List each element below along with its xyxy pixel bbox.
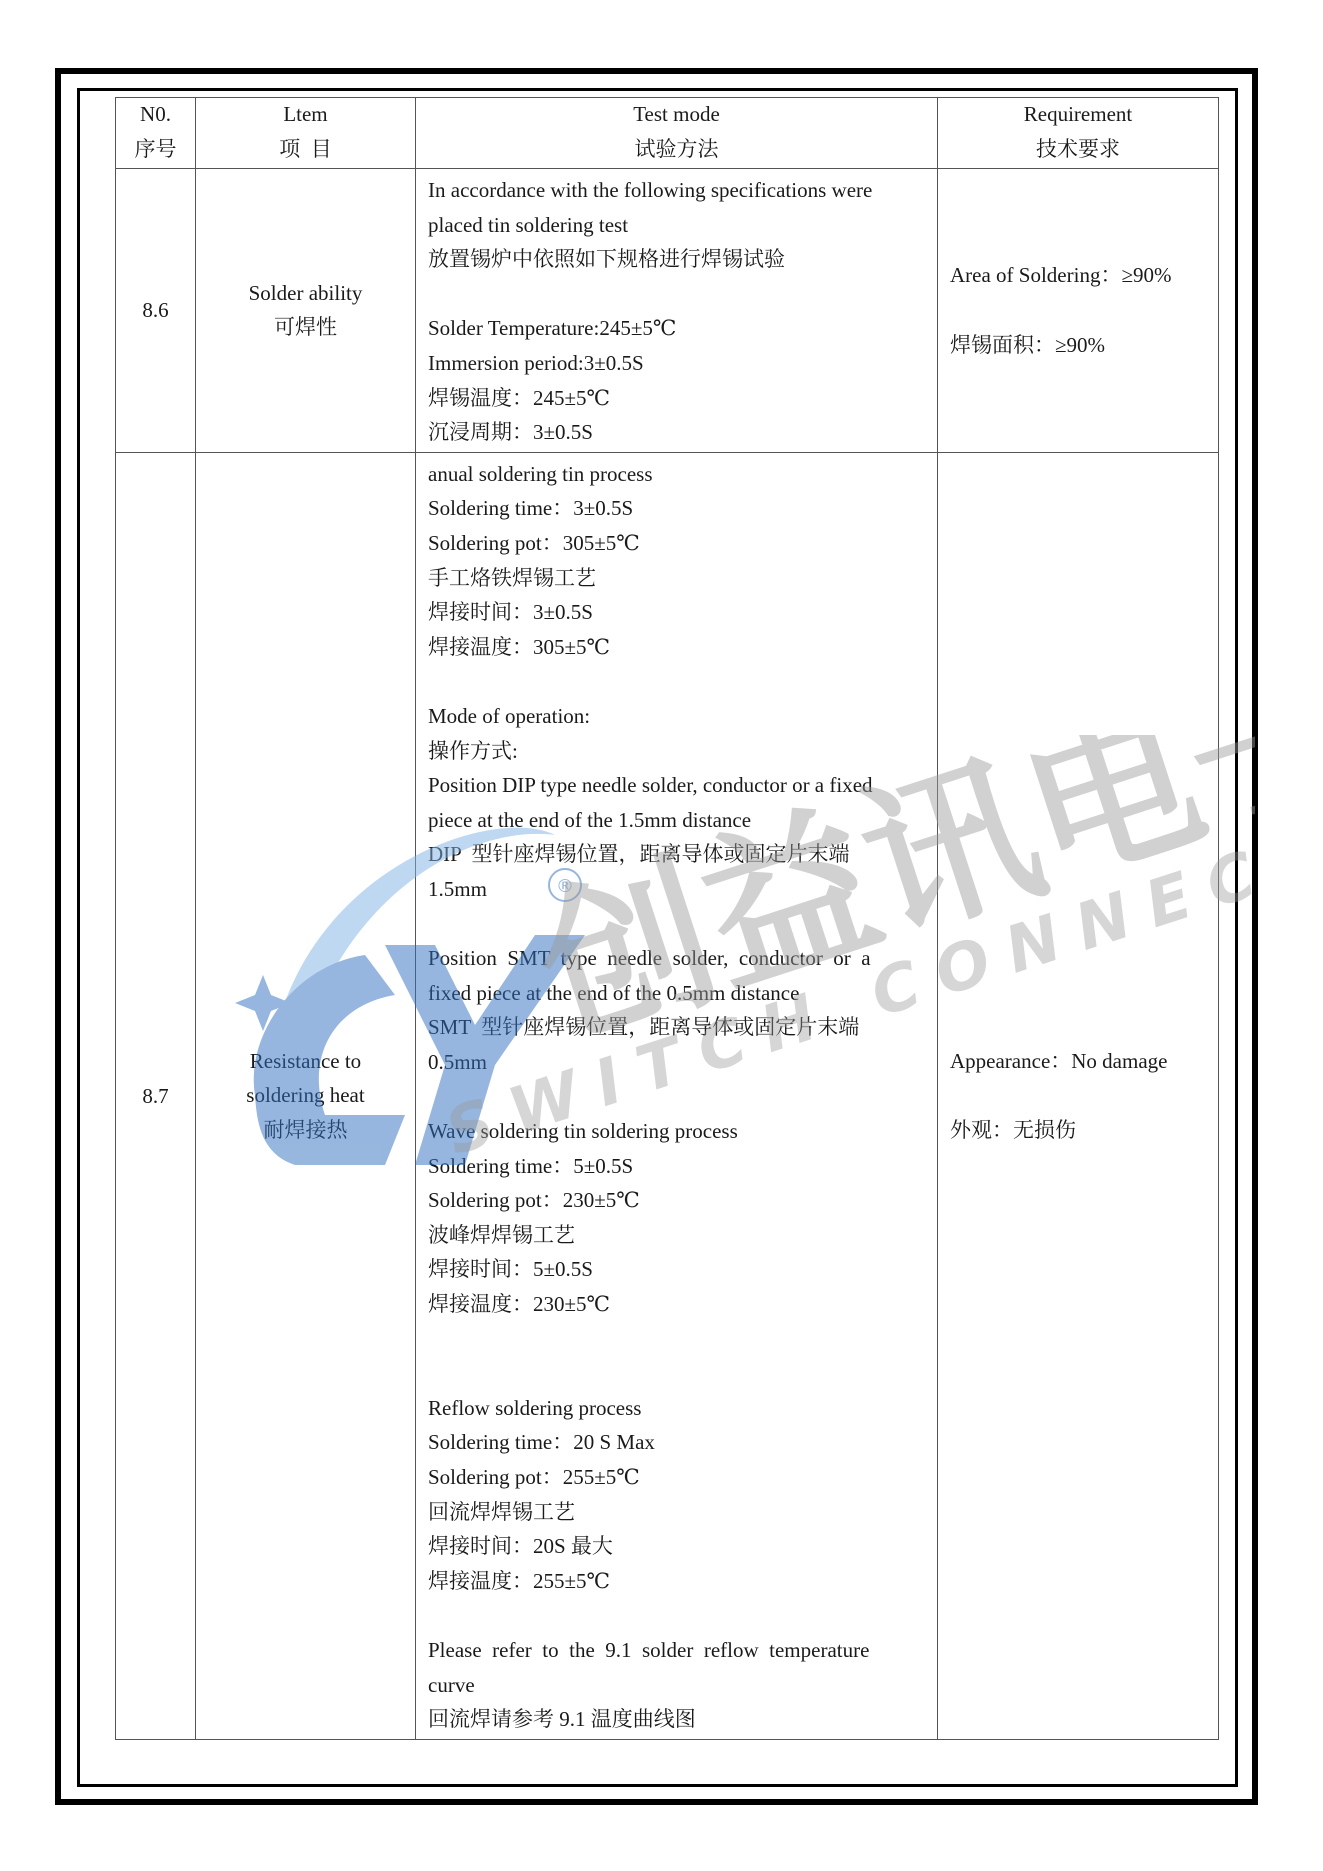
text-line: Soldering time：20 S Max xyxy=(428,1425,925,1460)
text-line: Soldering pot：255±5℃ xyxy=(428,1460,925,1495)
table-header-row: N0.序号 Ltem项 目 Test mode试验方法 Requirement技… xyxy=(116,98,1219,169)
text-line: 焊接时间：3±0.5S xyxy=(428,595,925,630)
header-test-mode: Test mode试验方法 xyxy=(416,98,938,169)
blank-line xyxy=(428,1356,925,1391)
blank-line xyxy=(428,1598,925,1633)
header-requirement: Requirement技术要求 xyxy=(938,98,1219,169)
text-line: 焊接温度：230±5℃ xyxy=(428,1287,925,1322)
text-line: 焊锡面积：≥90% xyxy=(950,328,1206,363)
text-line: Immersion period:3±0.5S xyxy=(428,346,925,381)
text-line: 操作方式: xyxy=(428,734,925,769)
text-line: Soldering pot：305±5℃ xyxy=(428,526,925,561)
text-line: In accordance with the following specifi… xyxy=(428,173,925,208)
header-item: Ltem项 目 xyxy=(196,98,416,169)
item-name-en-2: soldering heat xyxy=(196,1078,415,1113)
text-line: DIP 型针座焊锡位置，距离导体或固定片末端 xyxy=(428,837,925,872)
blank-line xyxy=(428,664,925,699)
text-line: 手工烙铁焊锡工艺 xyxy=(428,561,925,596)
text-line: Soldering time：3±0.5S xyxy=(428,491,925,526)
item-name-zh: 可焊性 xyxy=(196,310,415,345)
row-number: 8.7 xyxy=(116,452,196,1739)
blank-line xyxy=(950,293,1206,328)
text-line: anual soldering tin process xyxy=(428,457,925,492)
text-line: fixed piece at the end of the 0.5mm dist… xyxy=(428,976,925,1011)
test-spec-table: N0.序号 Ltem项 目 Test mode试验方法 Requirement技… xyxy=(115,97,1219,1740)
header-no: N0.序号 xyxy=(116,98,196,169)
blank-line xyxy=(428,277,925,312)
text-line: 0.5mm xyxy=(428,1045,925,1080)
row-number: 8.6 xyxy=(116,169,196,453)
test-mode-cell: anual soldering tin processSoldering tim… xyxy=(416,452,938,1739)
requirement-cell: Area of Soldering：≥90%焊锡面积：≥90% xyxy=(938,169,1219,453)
blank-line xyxy=(428,1322,925,1357)
item-name-en: Solder ability xyxy=(196,276,415,311)
text-line: 焊接温度：255±5℃ xyxy=(428,1564,925,1599)
text-line: 回流焊焊锡工艺 xyxy=(428,1495,925,1530)
text-line: placed tin soldering test xyxy=(428,208,925,243)
test-mode-cell: In accordance with the following specifi… xyxy=(416,169,938,453)
item-name-zh: 耐焊接热 xyxy=(196,1113,415,1148)
text-line: 放置锡炉中依照如下规格进行焊锡试验 xyxy=(428,242,925,277)
blank-line xyxy=(428,1079,925,1114)
text-line: Mode of operation: xyxy=(428,699,925,734)
item-name-en: Resistance to xyxy=(196,1044,415,1079)
text-line: Position SMT type needle solder, conduct… xyxy=(428,941,925,976)
text-line: curve xyxy=(428,1668,925,1703)
text-line: Soldering pot：230±5℃ xyxy=(428,1183,925,1218)
text-line: 波峰焊焊锡工艺 xyxy=(428,1218,925,1253)
text-line: Please refer to the 9.1 solder reflow te… xyxy=(428,1633,925,1668)
table-row: 8.6 Solder ability 可焊性 In accordance wit… xyxy=(116,169,1219,453)
text-line: Appearance：No damage xyxy=(950,1044,1206,1079)
text-line: piece at the end of the 1.5mm distance xyxy=(428,803,925,838)
text-line: Area of Soldering：≥90% xyxy=(950,258,1206,293)
text-line: 回流焊请参考 9.1 温度曲线图 xyxy=(428,1702,925,1737)
text-line: SMT 型针座焊锡位置，距离导体或固定片末端 xyxy=(428,1010,925,1045)
text-line: 焊接时间：5±0.5S xyxy=(428,1252,925,1287)
text-line: 沉浸周期：3±0.5S xyxy=(428,415,925,450)
text-line: 焊锡温度：245±5℃ xyxy=(428,381,925,416)
item-cell: Resistance to soldering heat 耐焊接热 xyxy=(196,452,416,1739)
blank-line xyxy=(428,906,925,941)
text-line: 1.5mm xyxy=(428,872,925,907)
text-line: 焊接时间：20S 最大 xyxy=(428,1529,925,1564)
text-line: 焊接温度：305±5℃ xyxy=(428,630,925,665)
table-row: 8.7 Resistance to soldering heat 耐焊接热 an… xyxy=(116,452,1219,1739)
text-line: 外观：无损伤 xyxy=(950,1113,1206,1148)
item-cell: Solder ability 可焊性 xyxy=(196,169,416,453)
blank-line xyxy=(950,1078,1206,1113)
text-line: Soldering time：5±0.5S xyxy=(428,1149,925,1184)
text-line: Solder Temperature:245±5℃ xyxy=(428,311,925,346)
requirement-cell: Appearance：No damage外观：无损伤 xyxy=(938,452,1219,1739)
text-line: Wave soldering tin soldering process xyxy=(428,1114,925,1149)
text-line: Reflow soldering process xyxy=(428,1391,925,1426)
text-line: Position DIP type needle solder, conduct… xyxy=(428,768,925,803)
